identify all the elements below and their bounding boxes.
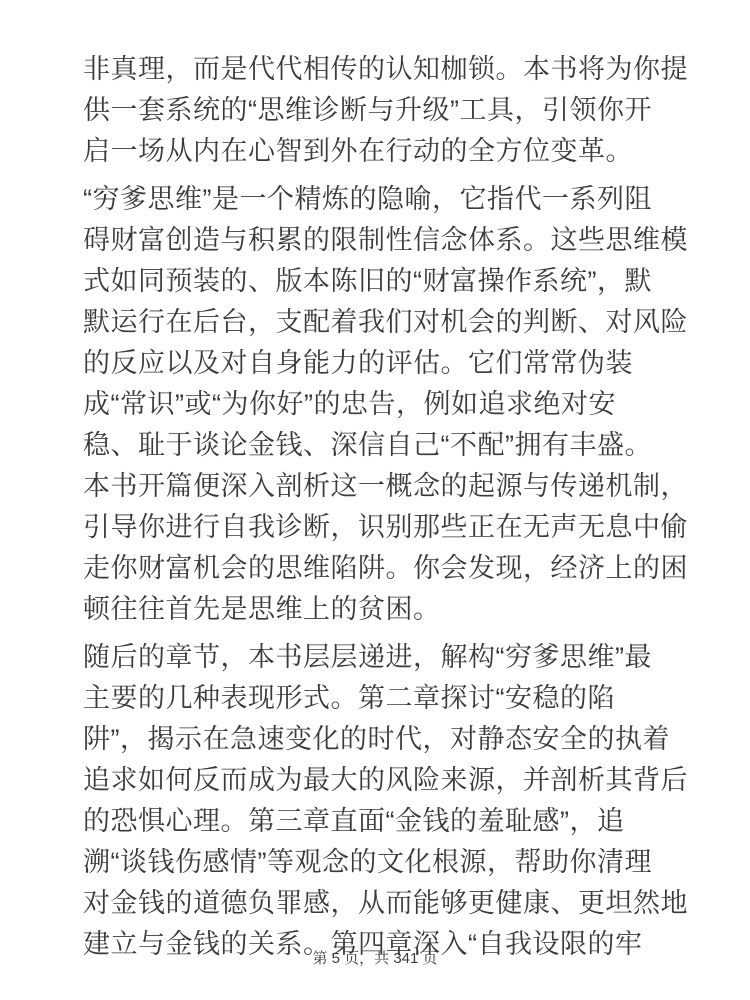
text-line: 的恐惧心理。第三章直面“金钱的羞耻感”，追 [83,801,698,842]
text-line: 非真理，而是代代相传的认知枷锁。本书将为你提 [83,49,698,90]
text-line: 本书开篇便深入剖析这一概念的起源与传递机制， [83,466,698,507]
text-line: 式如同预装的、版本陈旧的“财富操作系统”，默 [83,261,698,302]
text-line: 成“常识”或“为你好”的忠告，例如追求绝对安 [83,384,698,425]
page-number: 第 5 页，共 341 页 [0,948,750,970]
text-line: 阱”，揭示在急速变化的时代，对静态安全的执着 [83,719,698,760]
text-line: 走你财富机会的思维陷阱。你会发现，经济上的困 [83,548,698,589]
text-line: “穷爹思维”是一个精炼的隐喻，它指代一系列阻 [83,179,698,220]
text-line: 追求如何反而成为最大的风险来源，并剖析其背后 [83,760,698,801]
text-line: 随后的章节，本书层层递进，解构“穷爹思维”最 [83,637,698,678]
text-line: 的反应以及对自身能力的评估。它们常常伪装 [83,343,698,384]
paragraph: 随后的章节，本书层层递进，解构“穷爹思维”最主要的几种表现形式。第二章探讨“安稳… [83,637,698,965]
text-line: 默运行在后台，支配着我们对机会的判断、对风险 [83,302,698,343]
document-page: 非真理，而是代代相传的认知枷锁。本书将为你提供一套系统的“思维诊断与升级”工具，… [0,0,750,1000]
text-line: 启一场从内在心智到外在行动的全方位变革。 [83,131,698,172]
paragraph: “穷爹思维”是一个精炼的隐喻，它指代一系列阻碍财富创造与积累的限制性信念体系。这… [83,179,698,630]
text-line: 顿往往首先是思维上的贫困。 [83,589,698,630]
text-line: 碍财富创造与积累的限制性信念体系。这些思维模 [83,220,698,261]
text-line: 引导你进行自我诊断，识别那些正在无声无息中偷 [83,507,698,548]
text-line: 供一套系统的“思维诊断与升级”工具，引领你开 [83,90,698,131]
page-text: 非真理，而是代代相传的认知枷锁。本书将为你提供一套系统的“思维诊断与升级”工具，… [83,49,698,972]
text-line: 溯“谈钱伤感情”等观念的文化根源，帮助你清理 [83,842,698,883]
text-line: 主要的几种表现形式。第二章探讨“安稳的陷 [83,678,698,719]
text-line: 稳、耻于谈论金钱、深信自己“不配”拥有丰盛。 [83,425,698,466]
text-line: 对金钱的道德负罪感，从而能够更健康、更坦然地 [83,883,698,924]
paragraph: 非真理，而是代代相传的认知枷锁。本书将为你提供一套系统的“思维诊断与升级”工具，… [83,49,698,172]
